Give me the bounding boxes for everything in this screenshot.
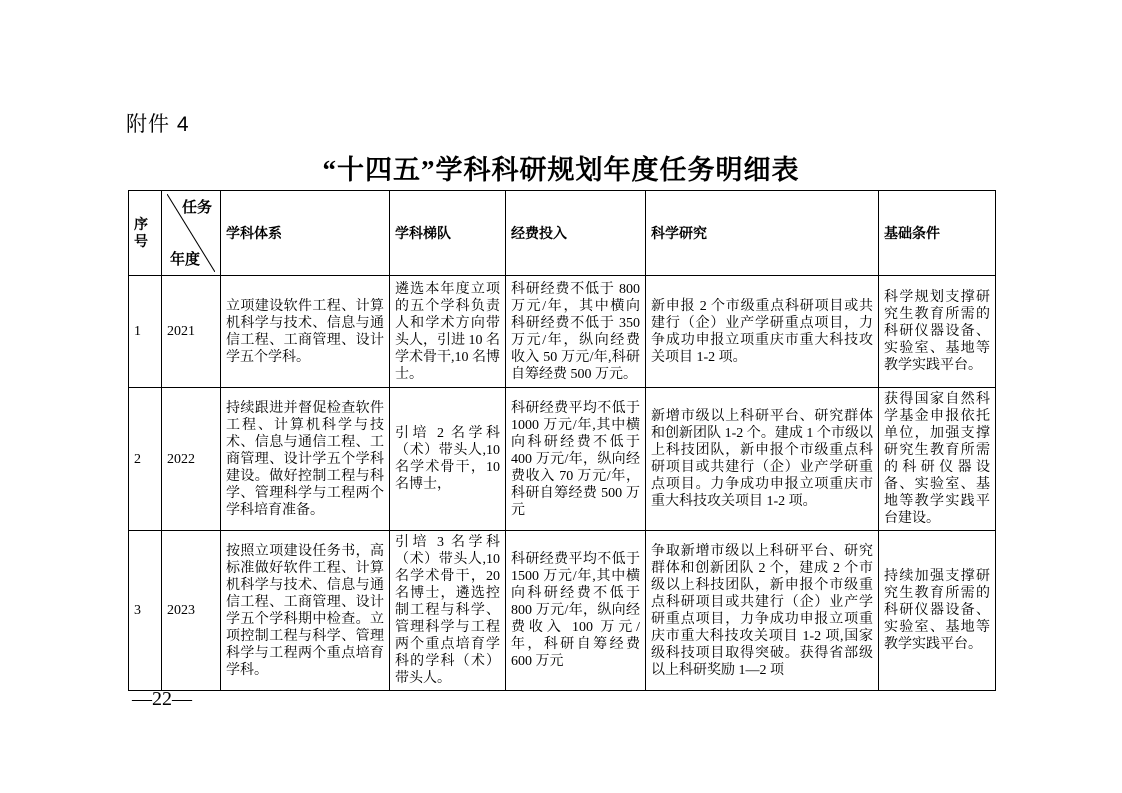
header-corner-year: 年度 bbox=[170, 251, 200, 268]
cell-funding: 科研经费不低于 800 万元/年，其中横向科研经费不低于 350 万元/年，纵向… bbox=[506, 276, 646, 388]
header-funding: 经费投入 bbox=[506, 191, 646, 276]
cell-infrastructure: 持续加强支撑研究生教育所需的科研仪器设备、实验室、基地等教学实践平台。 bbox=[879, 531, 996, 691]
cell-year: 2023 bbox=[162, 531, 221, 691]
cell-research: 新申报 2 个市级重点科研项目或共建行（企）业产学研重点项目，力争成功申报立项重… bbox=[646, 276, 879, 388]
page-number: —22— bbox=[132, 688, 192, 711]
task-table: 序号 任务 年度 学科体系 学科梯队 经费投入 科学研究 基础条件 bbox=[128, 190, 996, 691]
cell-index: 3 bbox=[129, 531, 162, 691]
header-corner-task: 任务 bbox=[182, 199, 212, 216]
cell-year: 2021 bbox=[162, 276, 221, 388]
table-row: 3 2023 按照立项建设任务书，高标准做好软件工程、计算机科学与技术、信息与通… bbox=[129, 531, 996, 691]
table-row: 1 2021 立项建设软件工程、计算机科学与技术、信息与通信工程、工商管理、设计… bbox=[129, 276, 996, 388]
header-infrastructure: 基础条件 bbox=[879, 191, 996, 276]
cell-funding: 科研经费平均不低于 1000 万元/年,其中横向科研经费不低于 400 万元/年… bbox=[506, 388, 646, 531]
attachment-label: 附件 4 bbox=[126, 108, 190, 138]
cell-index: 2 bbox=[129, 388, 162, 531]
header-discipline-system: 学科体系 bbox=[221, 191, 390, 276]
cell-infrastructure: 科学规划支撑研究生教育所需的科研仪器设备、实验室、基地等教学实践平台。 bbox=[879, 276, 996, 388]
cell-discipline-team: 引培 2 名学科（术）带头人,10 名学术骨干，10 名博士， bbox=[390, 388, 506, 531]
cell-index: 1 bbox=[129, 276, 162, 388]
table-header-row: 序号 任务 年度 学科体系 学科梯队 经费投入 科学研究 基础条件 bbox=[129, 191, 996, 276]
document-page: 附件 4 “十四五”学科科研规划年度任务明细表 序号 任务 bbox=[0, 0, 1122, 793]
table-row: 2 2022 持续跟进并督促检查软件工程、计算机科学与技术、信息与通信工程、工商… bbox=[129, 388, 996, 531]
cell-infrastructure: 获得国家自然科学基金申报依托单位，加强支撑研究生教育所需的科研仪器设备、实验室、… bbox=[879, 388, 996, 531]
page-title: “十四五”学科科研规划年度任务明细表 bbox=[0, 148, 1122, 187]
cell-year: 2022 bbox=[162, 388, 221, 531]
cell-discipline-team: 遴选本年度立项的五个学科负责人和学术方向带头人，引进 10 名学术骨干,10 名… bbox=[390, 276, 506, 388]
header-index: 序号 bbox=[129, 191, 162, 276]
cell-discipline-system: 立项建设软件工程、计算机科学与技术、信息与通信工程、工商管理、设计学五个学科。 bbox=[221, 276, 390, 388]
header-research: 科学研究 bbox=[646, 191, 879, 276]
cell-discipline-system: 按照立项建设任务书，高标准做好软件工程、计算机科学与技术、信息与通信工程、工商管… bbox=[221, 531, 390, 691]
cell-funding: 科研经费平均不低于 1500 万元/年,其中横向科研经费不低于 800 万元/年… bbox=[506, 531, 646, 691]
cell-discipline-system: 持续跟进并督促检查软件工程、计算机科学与技术、信息与通信工程、工商管理、设计学五… bbox=[221, 388, 390, 531]
header-discipline-team: 学科梯队 bbox=[390, 191, 506, 276]
cell-discipline-team: 引培 3 名学科（术）带头人,10 名学术骨干，20 名博士，遴选控制工程与科学… bbox=[390, 531, 506, 691]
cell-research: 争取新增市级以上科研平台、研究群体和创新团队 2 个，建成 2 个市级以上科技团… bbox=[646, 531, 879, 691]
header-diagonal-cell: 任务 年度 bbox=[162, 191, 221, 276]
cell-research: 新增市级以上科研平台、研究群体和创新团队 1-2 个。建成 1 个市级以上科技团… bbox=[646, 388, 879, 531]
